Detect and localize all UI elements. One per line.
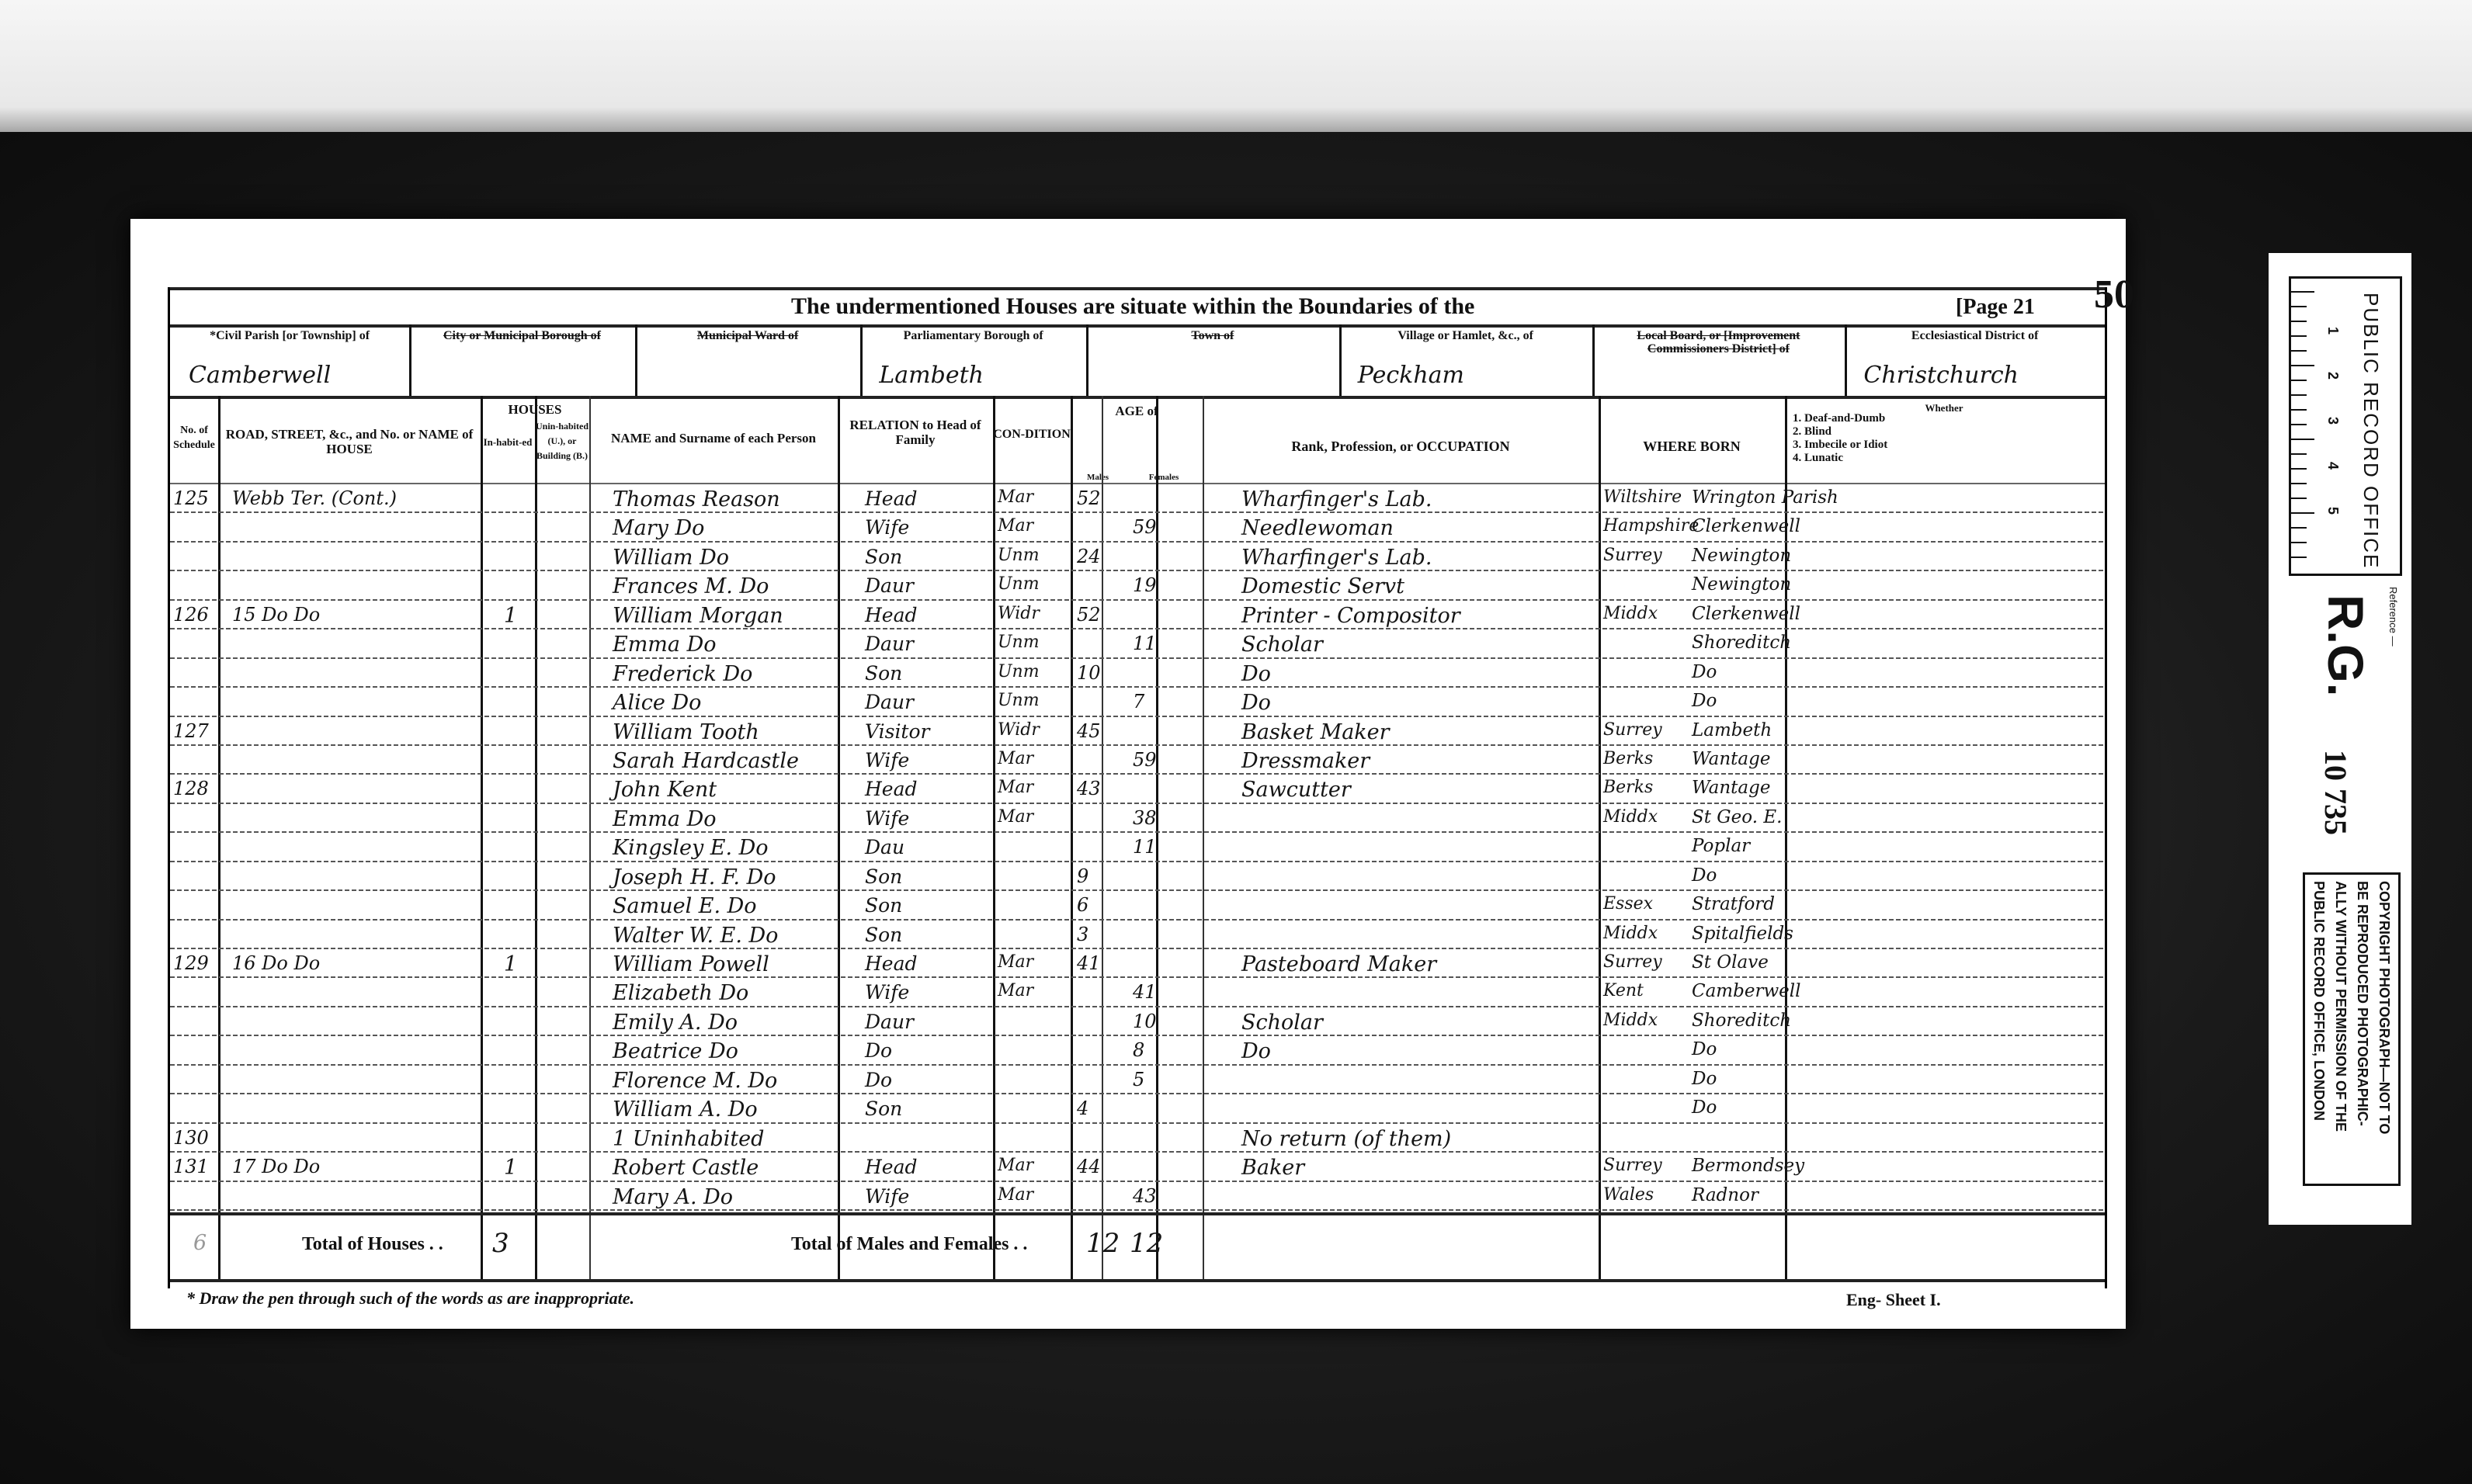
cell-relation: Daur [865,691,914,713]
cell-born_county: Berks [1603,749,1653,768]
schedule-tally: 6 [193,1231,207,1255]
ruler-number: 3 [2324,417,2341,425]
cell-female_age: 59 [1133,749,1157,771]
cell-relation: Daur [865,574,914,597]
cell-occupation: Domestic Servt [1241,574,1404,598]
district-divider [409,324,411,396]
ruler-tick [2291,394,2307,396]
column-divider [218,396,220,1279]
ruler-tick [2291,468,2307,470]
cell-male_age: 43 [1077,778,1101,799]
series-code: R.G. [2317,595,2374,697]
cell-born_county: Surrey [1603,546,1662,565]
cell-female_age: 38 [1133,807,1157,829]
cell-occupation: Pasteboard Maker [1241,952,1436,976]
cell-relation: Dau [865,836,904,858]
cell-name: Elizabeth Do [613,981,748,1005]
cell-born_county: Middx [1603,1011,1658,1030]
row-rule [170,889,2105,891]
cell-relation: Wife [865,807,909,830]
cell-condition: Mar [998,981,1033,1000]
cell-male_age: 45 [1077,720,1101,742]
reference-label: Reference — [2387,587,2399,647]
cell-female_age: 7 [1133,691,1144,713]
ruler-tick [2291,335,2307,337]
cell-male_age: 9 [1077,865,1088,887]
district-value: Camberwell [189,362,331,389]
cell-born_county: Middx [1603,604,1658,623]
cell-female_age: 11 [1133,633,1157,654]
cell-relation: Son [865,546,902,568]
cell-name: Florence M. Do [613,1069,777,1093]
ruler-tick [2291,424,2307,425]
cell-relation: Head [865,952,918,975]
row-rule [170,511,2105,513]
cell-occupation: Do [1241,691,1271,715]
cell-name: Thomas Reason [613,487,780,511]
ruler-box: PUBLIC RECORD OFFICE 12345 [2289,276,2402,576]
copyright-line: PUBLIC RECORD OFFICE, LONDON [2311,881,2327,1121]
row-rule [170,976,2105,978]
cell-relation: Son [865,1097,902,1120]
cell-condition: Mar [998,1185,1033,1205]
infirmity-option: 4. Lunatic [1793,451,2103,466]
cell-relation: Do [865,1069,892,1091]
row-rule [170,1122,2105,1124]
row-rule [170,686,2105,688]
district-label: Local Board, or [Improvement Commissione… [1597,329,1841,355]
cell-female_age: 43 [1133,1185,1157,1207]
row-rule [170,1064,2105,1066]
cell-occupation: Wharfinger's Lab. [1241,546,1432,570]
cell-female_age: 8 [1133,1039,1144,1061]
cell-male_age: 3 [1077,924,1088,945]
column-header-occupation: Rank, Profession, or OCCUPATION [1203,439,1599,454]
cell-born_county: Essex [1603,894,1653,914]
copyright-line: BE REPRODUCED PHOTOGRAPHIC- [2354,881,2370,1126]
column-header-schedule: No. of Schedule [170,423,218,452]
copyright-line: ALLY WITHOUT PERMISSION OF THE [2332,881,2349,1132]
cell-relation: Son [865,894,902,917]
cell-schedule: 125 [173,487,209,509]
total-males: 12 [1086,1228,1120,1259]
reference-card: PUBLIC RECORD OFFICE 12345 Reference — R… [2269,253,2411,1225]
cell-name: John Kent [613,778,717,802]
cell-born_place: Clerkenwell [1692,604,1800,624]
column-header-road: ROAD, STREET, &c., and No. or NAME of HO… [218,427,481,456]
cell-born_county: Middx [1603,807,1658,827]
district-divider [1339,324,1342,396]
cell-born_place: Poplar [1692,836,1750,856]
row-rule [170,831,2105,833]
cell-male_age: 41 [1077,952,1101,974]
cell-name: Emma Do [613,807,717,831]
cell-born_place: Camberwell [1692,981,1800,1001]
ruler-tick [2291,321,2307,322]
row-rule [170,803,2105,804]
row-rule [170,1181,2105,1182]
cell-relation: Wife [865,516,909,539]
row-rule [170,541,2105,543]
cell-name: Sarah Hardcastle [613,749,799,773]
row-rule [170,1209,2105,1211]
ruler-tick [2291,542,2307,543]
column-divider [1102,396,1103,1279]
cell-born_place: Newington [1692,546,1791,566]
copyright-box: COPYRIGHT PHOTOGRAPH—NOT TOBE REPRODUCED… [2303,872,2401,1186]
cell-relation: Head [865,1156,918,1178]
cell-road: 16 Do Do [232,952,320,974]
cell-born_place: Wantage [1692,778,1770,798]
cell-name: Walter W. E. Do [613,924,778,948]
column-header-age: AGE of [1071,404,1203,418]
cell-schedule: 129 [173,952,209,974]
ruler-tick [2291,512,2314,514]
district-value: Peckham [1358,362,1464,389]
cell-relation: Son [865,662,902,685]
boundaries-title: The undermentioned Houses are situate wi… [791,293,1474,320]
row-rule [170,1151,2105,1153]
cell-name: William Do [613,546,729,570]
cell-relation: Son [865,924,902,946]
cell-relation: Daur [865,1011,914,1033]
cell-born_place: Shoreditch [1692,633,1791,653]
cell-born_place: Do [1692,662,1717,682]
cell-condition: Widr [998,604,1040,623]
column-header-uninhabited: Unin-habited (U.), or Building (B.) [535,419,589,463]
district-value: Lambeth [879,362,984,389]
cell-born_place: Do [1692,1039,1717,1059]
row-rule [170,1035,2105,1036]
copyright-line: COPYRIGHT PHOTOGRAPH—NOT TO [2376,881,2392,1134]
cell-occupation: Baker [1241,1156,1304,1180]
cell-name: William A. Do [613,1097,758,1122]
ruler-number: 1 [2324,327,2341,335]
cell-occupation: Basket Maker [1241,720,1390,744]
cell-relation: Visitor [865,720,929,743]
district-label: Village or Hamlet, &c., of [1344,329,1588,342]
cell-born_place: St Geo. E. [1692,807,1782,827]
census-page: The undermentioned Houses are situate wi… [130,219,2126,1329]
column-divider [535,396,537,1279]
cell-born_place: Radnor [1692,1185,1759,1205]
cell-born_county: Wiltshire [1603,487,1682,507]
cell-occupation: Sawcutter [1241,778,1351,802]
cell-name: William Tooth [613,720,759,744]
cell-occupation: No return (of them) [1241,1127,1451,1151]
cell-born_county: Hampshire [1603,516,1699,536]
cell-occupation: Scholar [1241,633,1323,657]
row-rule [170,599,2105,601]
ruler-tick [2291,498,2307,499]
cell-name: Mary Do [613,516,704,540]
cell-relation: Head [865,487,918,510]
column-header-inhabited: In-habit-ed [481,435,535,449]
cell-condition: Unm [998,546,1040,565]
cell-born_place: Lambeth [1692,720,1772,740]
district-label: City or Municipal Borough of [414,329,630,342]
total-houses-value: 3 [492,1228,509,1259]
cell-born_county: Kent [1603,981,1644,1000]
cell-female_age: 10 [1133,1011,1157,1032]
ruler-number: 2 [2324,372,2341,380]
cell-occupation: Printer - Compositor [1241,604,1460,628]
cell-female_age: 5 [1133,1069,1144,1090]
cell-condition: Mar [998,778,1033,797]
district-divider [1086,324,1088,396]
ruler-tick [2291,380,2307,381]
ruler-tick [2291,291,2314,293]
cell-condition: Unm [998,662,1040,681]
cell-born_place: Wantage [1692,749,1770,769]
cell-relation: Daur [865,633,914,655]
district-divider [635,324,637,396]
cell-occupation: Wharfinger's Lab. [1241,487,1432,511]
column-divider [1599,396,1601,1279]
cell-name: William Morgan [613,604,783,628]
cell-born_place: Do [1692,1097,1717,1118]
row-rule [170,1093,2105,1094]
cell-name: Joseph H. F. Do [613,865,776,889]
column-header-born: WHERE BORN [1599,439,1785,454]
ruler-tick [2291,439,2314,440]
column-divider [993,396,995,1279]
cell-name: William Powell [613,952,769,976]
district-divider [1845,324,1847,396]
total-females: 12 [1130,1228,1163,1259]
column-header-condition: CON-DITION [993,427,1071,442]
column-divider [481,396,483,1279]
cell-relation: Wife [865,981,909,1004]
cell-occupation: Needlewoman [1241,516,1394,540]
cell-schedule: 131 [173,1156,209,1177]
cell-name: Frances M. Do [613,574,769,598]
row-rule [170,861,2105,862]
footnote: * Draw the pen through such of the words… [186,1288,634,1309]
cell-name: Kingsley E. Do [613,836,769,860]
cell-condition: Mar [998,487,1033,507]
cell-occupation: Do [1241,662,1271,686]
cell-condition: Unm [998,633,1040,652]
ruler-tick [2291,527,2307,529]
row-rule [170,1006,2105,1007]
cell-name: Emma Do [613,633,717,657]
district-label: Municipal Ward of [640,329,856,342]
office-label: PUBLIC RECORD OFFICE [2359,293,2383,569]
cell-condition: Mar [998,1156,1033,1175]
cell-relation: Wife [865,749,909,771]
cell-born_place: Spitalfields [1692,924,1793,944]
ruler-tick [2291,409,2307,411]
cell-born_place: Clerkenwell [1692,516,1800,536]
column-divider [838,396,840,1279]
cell-male_age: 52 [1077,487,1101,509]
cell-name: 1 Uninhabited [613,1127,764,1151]
district-label: Parliamentary Borough of [865,329,1081,342]
cell-occupation: Scholar [1241,1011,1323,1035]
district-value: Christchurch [1863,362,2019,389]
ruler-tick [2291,483,2307,484]
cell-relation: Head [865,604,918,626]
district-label: *Civil Parish [or Township] of [175,329,404,342]
piece-number: 10 735 [2317,750,2354,835]
cell-born_place: Do [1692,691,1717,711]
row-rule [170,716,2105,717]
cell-inhabited: 1 [504,1156,517,1180]
cell-male_age: 24 [1077,546,1101,567]
row-rule [170,570,2105,571]
cell-name: Frederick Do [613,662,752,686]
cell-condition: Unm [998,574,1040,594]
cell-male_age: 6 [1077,894,1088,916]
cell-condition: Mar [998,807,1033,827]
cell-born_place: Do [1692,865,1717,886]
column-divider [589,396,591,1279]
cell-female_age: 59 [1133,516,1157,538]
row-rule [170,657,2105,659]
folio-number: 50 [2094,272,2134,317]
cell-born_county: Berks [1603,778,1653,797]
cell-name: Mary A. Do [613,1185,733,1209]
total-houses-label: Total of Houses . . [302,1234,443,1255]
column-divider [1071,396,1073,1279]
district-label: Town of [1091,329,1335,342]
cell-schedule: 126 [173,604,209,626]
sheet-label: Eng- Sheet I. [1846,1290,1941,1310]
district-divider [860,324,863,396]
cell-female_age: 41 [1133,981,1157,1003]
cell-inhabited: 1 [504,604,517,628]
cell-born_place: Do [1692,1069,1717,1089]
cell-born_county: Surrey [1603,720,1662,740]
cell-born_place: Bermondsey [1692,1156,1804,1176]
cell-condition: Mar [998,749,1033,768]
cell-male_age: 44 [1077,1156,1101,1177]
cell-relation: Head [865,778,918,800]
census-form: The undermentioned Houses are situate wi… [168,287,2107,1288]
cell-relation: Do [865,1039,892,1062]
cell-condition: Mar [998,952,1033,972]
ruler-number: 4 [2324,462,2341,470]
cell-male_age: 52 [1077,604,1101,626]
cell-born_county: Wales [1603,1185,1654,1205]
cell-road: Webb Ter. (Cont.) [232,487,397,509]
cell-relation: Son [865,865,902,888]
ruler-number: 5 [2324,507,2341,515]
cell-name: Alice Do [613,691,701,715]
cell-male_age: 10 [1077,662,1101,684]
row-rule [170,628,2105,629]
cell-name: Emily A. Do [613,1011,738,1035]
column-header-relation: RELATION to Head of Family [838,418,993,447]
cell-occupation: Do [1241,1039,1271,1063]
cell-born_place: Shoreditch [1692,1011,1791,1031]
row-rule [170,919,2105,921]
cell-road: 17 Do Do [232,1156,320,1177]
cell-schedule: 127 [173,720,209,742]
total-persons-label: Total of Males and Females . . [791,1234,1027,1255]
ruler-tick [2291,556,2307,558]
ruler-tick [2291,306,2307,307]
cell-road: 15 Do Do [232,604,320,626]
column-divider [1203,396,1204,1279]
page-number: [Page 21 [1956,295,2035,320]
cell-born_place: St Olave [1692,952,1769,973]
cell-female_age: 19 [1133,574,1157,596]
ruler-tick [2291,350,2307,352]
district-label: Ecclesiastical District of [1849,329,2100,342]
cell-condition: Mar [998,516,1033,536]
row-rule [170,744,2105,746]
ruler-tick [2291,453,2307,455]
cell-name: Beatrice Do [613,1039,738,1063]
cell-condition: Widr [998,720,1040,740]
cell-born_county: Surrey [1603,952,1662,972]
cell-female_age: 11 [1133,836,1157,858]
cell-name: Samuel E. Do [613,894,757,918]
cell-schedule: 130 [173,1127,209,1149]
cell-relation: Wife [865,1185,909,1208]
cell-born_place: Stratford [1692,894,1775,914]
column-header-name: NAME and Surname of each Person [589,431,838,446]
cell-inhabited: 1 [504,952,517,976]
ruler-tick [2291,365,2314,366]
row-rule [170,773,2105,775]
row-rule [170,948,2105,949]
cell-born_county: Middx [1603,924,1658,943]
cell-male_age: 4 [1077,1097,1088,1119]
cell-born_place: Wrington Parish [1692,487,1838,508]
cell-condition: Unm [998,691,1040,710]
cell-born_county: Surrey [1603,1156,1662,1175]
district-divider [1592,324,1595,396]
cell-born_place: Newington [1692,574,1791,595]
cell-schedule: 128 [173,778,209,799]
cell-name: Robert Castle [613,1156,759,1180]
cell-occupation: Dressmaker [1241,749,1370,773]
